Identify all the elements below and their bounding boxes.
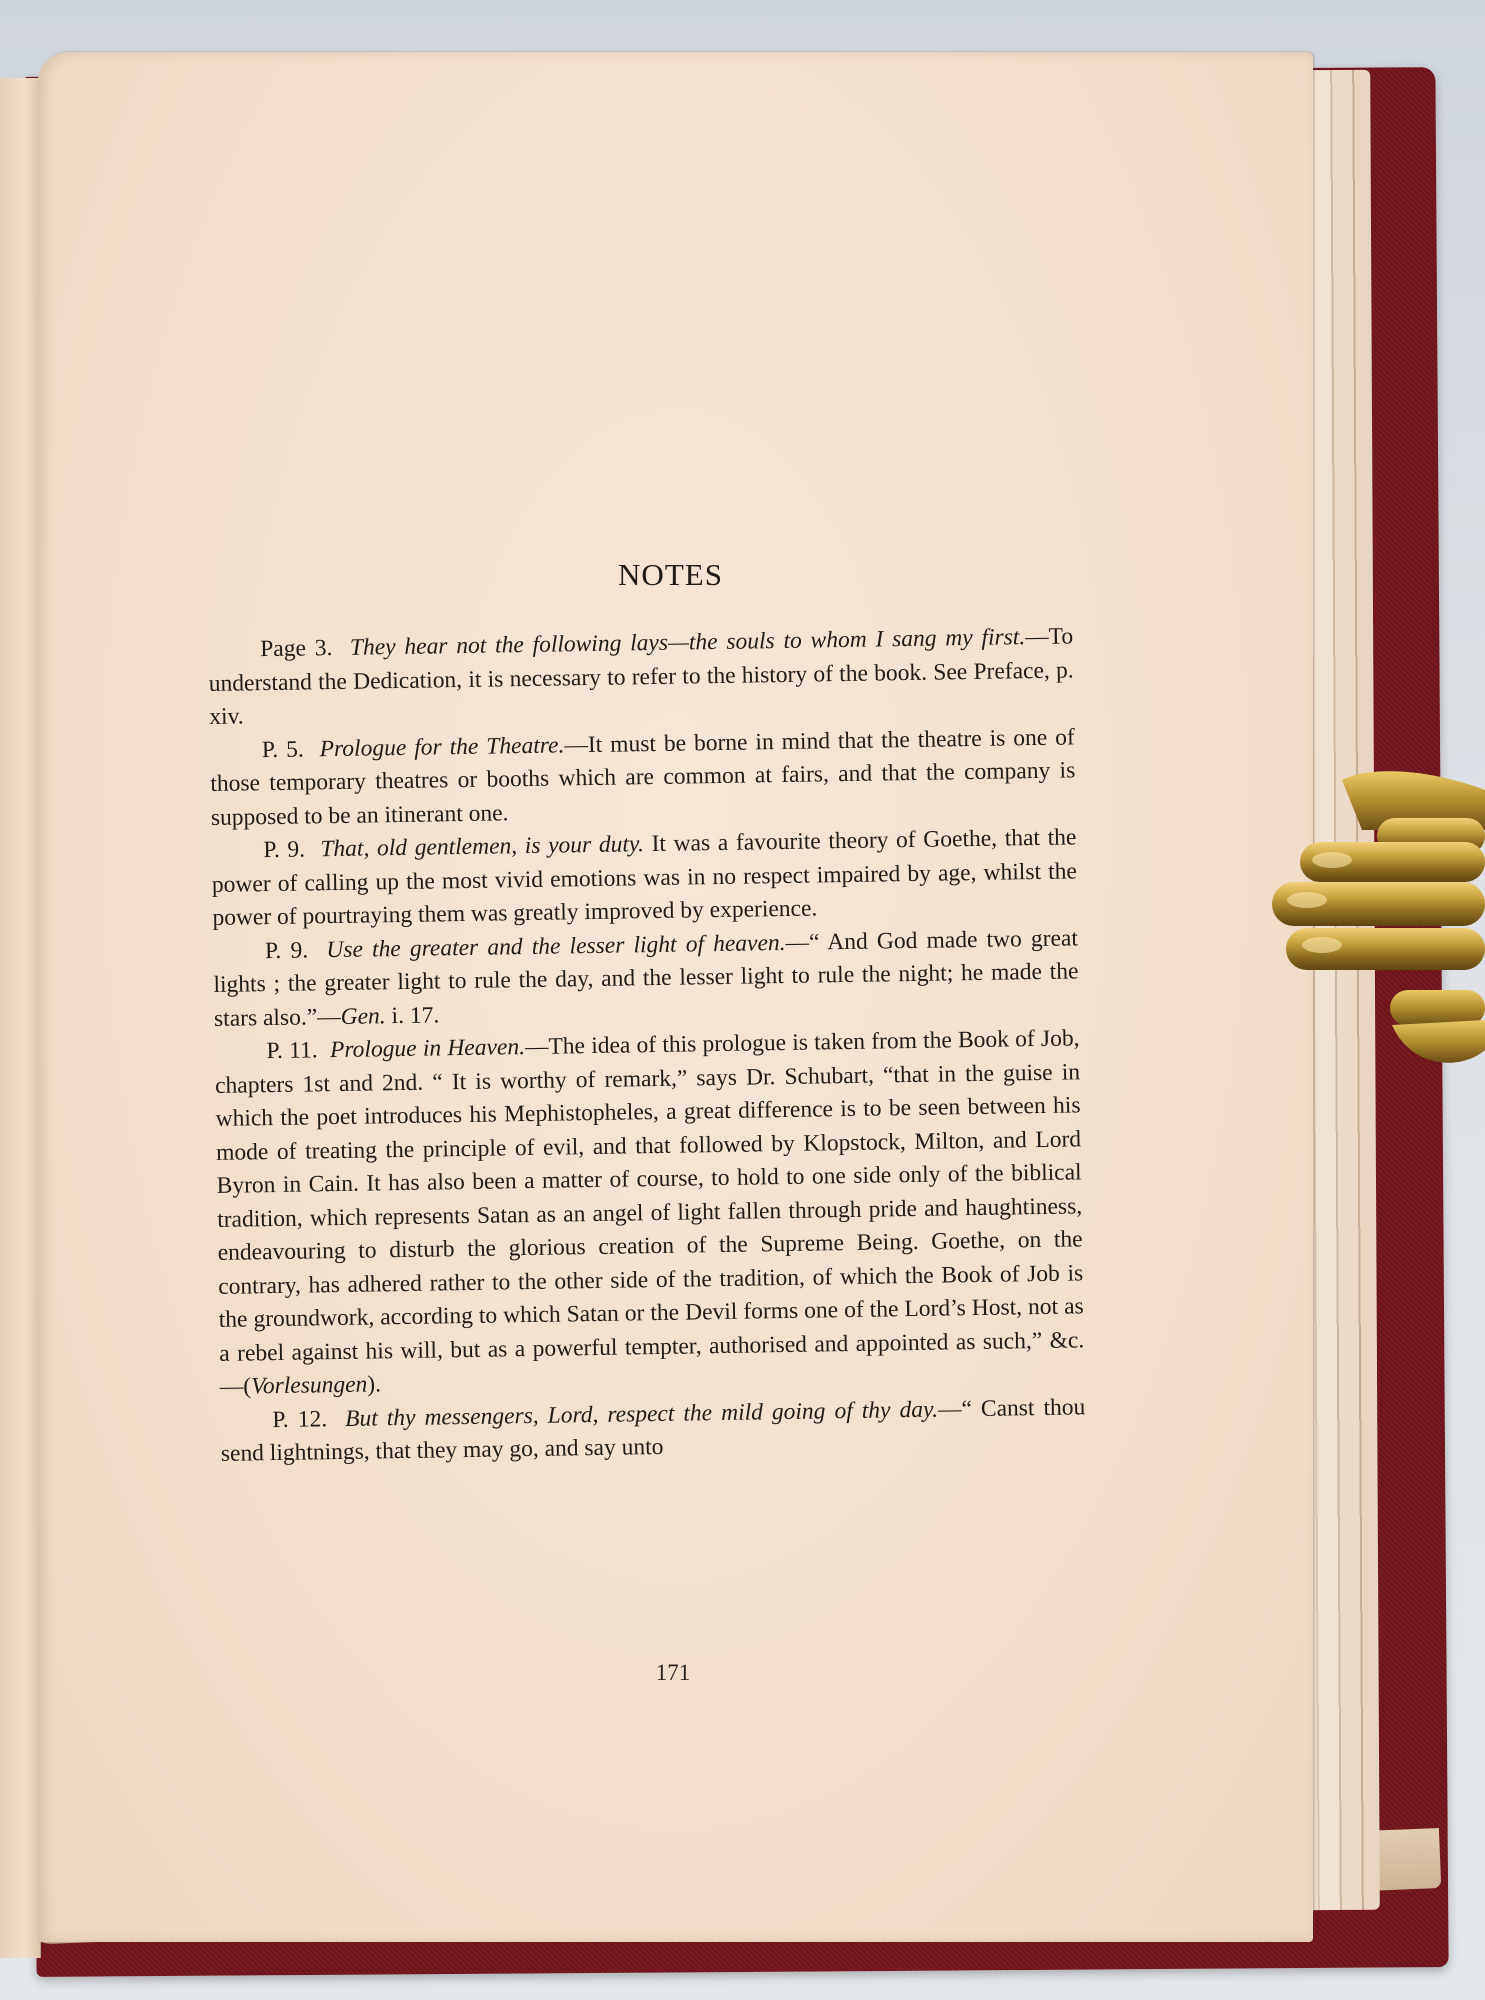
note-item: Page 3. They hear not the following lays… [208, 620, 1074, 734]
note-citation: Gen. [340, 1003, 385, 1030]
note-item: P. 9. That, old gentlemen, is your duty.… [211, 821, 1077, 935]
notes-text-block: Page 3. They hear not the following lays… [208, 620, 1086, 1471]
note-body: —The idea of this prologue is taken from… [215, 1025, 1085, 1400]
note-ref: P. 9. [265, 937, 309, 964]
note-ref: P. 5. [262, 736, 304, 763]
note-title: But thy messengers, Lord, respect the mi… [345, 1396, 938, 1431]
book-page: NOTES Page 3. They hear not the followin… [38, 52, 1313, 1942]
page-number: 171 [38, 1660, 1308, 1686]
note-item: P. 11. Prologue in Heaven.—The idea of t… [214, 1022, 1085, 1404]
note-title: Prologue for the Theatre. [319, 732, 564, 762]
note-citation-tail: ). [367, 1371, 381, 1397]
note-citation: Vorlesungen [251, 1372, 368, 1400]
brass-hand-clip-icon [1262, 770, 1485, 1070]
note-item: P. 5. Prologue for the Theatre.—It must … [210, 721, 1076, 835]
note-ref: P. 11. [266, 1037, 317, 1064]
facing-page-sliver [0, 78, 41, 1958]
note-item: P. 12. But thy messengers, Lord, respect… [220, 1391, 1086, 1472]
note-title: Use the greater and the lesser light of … [326, 929, 786, 962]
note-ref: P. 12. [272, 1406, 327, 1433]
note-ref: Page 3. [260, 635, 333, 662]
note-title: Prologue in Heaven. [330, 1034, 525, 1063]
note-item: P. 9. Use the greater and the lesser lig… [213, 922, 1079, 1036]
note-title: They hear not the following lays—the sou… [350, 624, 1026, 661]
page-heading: NOTES [38, 557, 1303, 593]
note-title: That, old gentlemen, is your duty. [320, 831, 644, 862]
note-citation-tail: i. 17. [385, 1002, 439, 1029]
note-ref: P. 9. [263, 837, 305, 864]
